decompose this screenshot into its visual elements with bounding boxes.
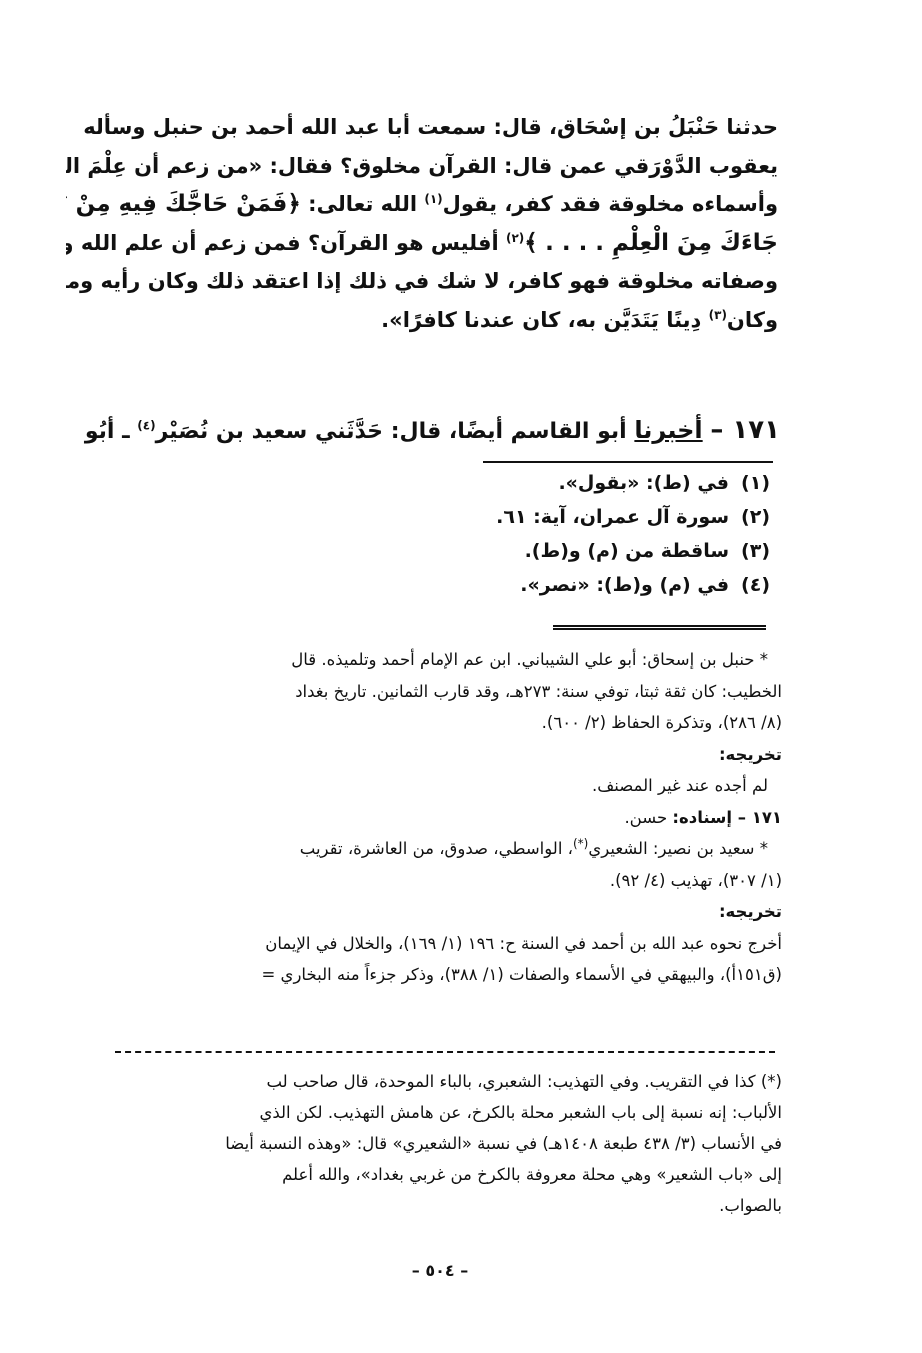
note-separator (115, 1051, 775, 1053)
footnote-marker: (٤) (741, 568, 770, 602)
main-text-segment: الله تعالى: (301, 192, 424, 216)
quran-verse-text: فَمَنْ حَاجَّكَ فِيهِ مِنْ بَعْدِ مَا (66, 191, 287, 217)
book-page: حدثنا حَنْبَلُ بن إسْحَاق، قال: سمعت أبا… (0, 0, 922, 1353)
narrator-bio-segment: * سعيد بن نصير: الشعيري (588, 839, 768, 858)
isnad-line: ١٧١ – إسناده: حسن. (66, 802, 782, 834)
footnote-ref-4: (٤) (137, 419, 155, 433)
narrator-bio-segment: ، الواسطي، صدوق، من العاشرة، تقريب (300, 839, 573, 858)
footnote-item: (١)في (ط): «بقول». (300, 466, 770, 500)
main-text-segment: دِينًا يَتَدَيَّن به، كان عندنا كافرًا». (381, 308, 708, 332)
footnote-ref-2: (٢) (506, 231, 524, 245)
narrator-bio-line: (١/ ٣٠٧)، تهذيب (٤/ ٩٢). (66, 865, 782, 897)
quran-verse-text: جَاءَكَ مِنَ الْعِلْمِ . . . . (545, 230, 778, 256)
footnote-item: (٤)في (م) و(ط): «نصر». (300, 568, 770, 602)
takhrij-text: أخرج نحوه عبد الله بن أحمد في السنة ح: ١… (66, 928, 782, 960)
footnote-ref-1: (١) (424, 192, 442, 206)
main-text-line: يعقوب الدَّوْرَقي عمن قال: القرآن مخلوق؟… (66, 147, 778, 186)
main-text-block: حدثنا حَنْبَلُ بن إسْحَاق، قال: سمعت أبا… (66, 108, 778, 339)
hadith-171-opening: ١٧١ – أخبرنا أبو القاسم أيضًا، قال: حَدَ… (60, 410, 780, 452)
note-line: إلى «باب الشعير» وهي محلة معروفة بالكرخ … (66, 1159, 782, 1190)
footnote-text: في (م) و(ط): «نصر». (520, 574, 729, 596)
quran-verse-open-bracket: ﴿ (287, 191, 300, 217)
asterisk-note: (*) كذا في التقريب. وفي التهذيب: الشعبري… (66, 1066, 782, 1221)
main-text-line: وأسماءه مخلوقة فقد كفر، يقول(١) الله تعا… (66, 185, 778, 224)
note-line: (*) كذا في التقريب. وفي التهذيب: الشعبري… (66, 1066, 782, 1097)
note-line: الألباب: إنه نسبة إلى باب الشعبر محلة با… (66, 1097, 782, 1128)
commentary-separator (553, 625, 766, 630)
note-ref-asterisk: (*) (573, 837, 588, 851)
footnote-marker: (٢) (741, 500, 770, 534)
hadith-opening-word: أخبرنا (634, 416, 702, 444)
main-text-line: جَاءَكَ مِنَ الْعِلْمِ . . . . ﴾(٢) أفلي… (66, 224, 778, 263)
note-line: بالصواب. (66, 1190, 782, 1221)
footnote-item: (٢)سورة آل عمران، آية: ٦١. (300, 500, 770, 534)
note-line: في الأنساب (٣/ ٤٣٨ طبعة ١٤٠٨هـ) في نسبة … (66, 1128, 782, 1159)
footnote-text: في (ط): «بقول». (558, 472, 729, 494)
narrator-bio-line: الخطيب: كان ثقة ثبتا، توفي سنة: ٢٧٣هـ، و… (66, 676, 782, 708)
narrator-bio-line: * حنبل بن إسحاق: أبو علي الشيباني. ابن ع… (66, 644, 782, 676)
main-text-segment: أفليس هو القرآن؟ فمن زعم أن علم الله وأس… (66, 231, 506, 255)
takhrij-heading: تخريجه: (66, 896, 782, 928)
isnad-value: حسن. (624, 808, 672, 827)
narrator-bio-line: * سعيد بن نصير: الشعيري(*)، الواسطي، صدو… (66, 833, 782, 865)
takhrij-text: (ق١٥١أ)، والبيهقي في الأسماء والصفات (١/… (66, 959, 782, 991)
takhrij-text: لم أجده عند غير المصنف. (66, 770, 782, 802)
commentary-block: * حنبل بن إسحاق: أبو علي الشيباني. ابن ع… (66, 644, 782, 991)
footnote-marker: (١) (741, 466, 770, 500)
main-text-segment: وكان (727, 308, 778, 332)
main-text-line: وصفاته مخلوقة فهو كافر، لا شك في ذلك إذا… (66, 262, 778, 301)
quran-verse-close-bracket: ﴾ (524, 230, 537, 256)
footnote-list: (١)في (ط): «بقول». (٢)سورة آل عمران، آية… (300, 466, 770, 602)
footnote-text: سورة آل عمران، آية: ٦١. (496, 506, 729, 528)
hadith-text: أبو القاسم أيضًا، قال: حَدَّثَني سعيد بن… (156, 419, 635, 444)
main-text-line: حدثنا حَنْبَلُ بن إسْحَاق، قال: سمعت أبا… (66, 108, 778, 147)
hadith-number: ١٧١ – (710, 415, 780, 445)
main-text-segment: وأسماءه مخلوقة فقد كفر، يقول (443, 192, 778, 216)
footnote-text: ساقطة من (م) و(ط). (525, 540, 729, 562)
footnote-item: (٣)ساقطة من (م) و(ط). (300, 534, 770, 568)
takhrij-heading: تخريجه: (66, 739, 782, 771)
isnad-label: ١٧١ – إسناده: (672, 808, 782, 827)
footnote-marker: (٣) (741, 534, 770, 568)
page-number: – ٥٠٤ – (380, 1261, 500, 1280)
main-text-line: وكان(٣) دِينًا يَتَدَيَّن به، كان عندنا … (66, 301, 778, 340)
footnote-ref-3: (٣) (709, 308, 727, 322)
hadith-text-tail: ـ أبُو (85, 419, 137, 444)
footnote-separator (483, 461, 773, 463)
narrator-bio-line: (٨/ ٢٨٦)، وتذكرة الحفاظ (٢/ ٦٠٠). (66, 707, 782, 739)
